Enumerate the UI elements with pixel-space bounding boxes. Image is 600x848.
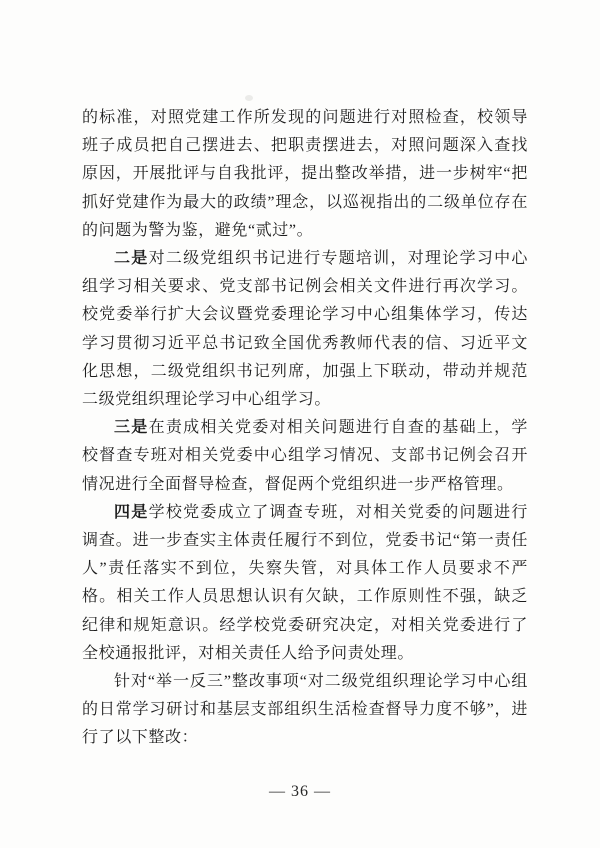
paragraph-lead: 三是 — [114, 419, 149, 436]
paragraph-continuation: 的标准，对照党建工作所发现的问题进行对照检查，校领导班子成员把自己摆进去、把职责… — [82, 104, 528, 245]
paragraph-lead: 四是 — [114, 504, 149, 521]
page-number: — 36 — — [0, 783, 600, 801]
paragraph-lead: 二是 — [114, 250, 149, 267]
paragraph-text: 对二级党组织书记进行专题培训，对理论学习中心组学习相关要求、党支部书记例会相关文… — [82, 250, 528, 408]
paragraph-closing: 针对“举一反三”整改事项“对二级党组织理论学习中心组的日常学习研讨和基层支部组织… — [82, 668, 528, 753]
scan-smudge — [245, 95, 253, 101]
paragraph-text: 在责成相关党委对相关问题进行自查的基础上，学校督查专班对相关党委中心组学习情况、… — [82, 419, 528, 492]
paragraph-item-3: 三是在责成相关党委对相关问题进行自查的基础上，学校督查专班对相关党委中心组学习情… — [82, 414, 528, 499]
paragraph-item-2: 二是对二级党组织书记进行专题培训，对理论学习中心组学习相关要求、党支部书记例会相… — [82, 245, 528, 414]
paragraph-text: 的标准，对照党建工作所发现的问题进行对照检查，校领导班子成员把自己摆进去、把职责… — [82, 109, 528, 239]
paragraph-text: 针对“举一反三”整改事项“对二级党组织理论学习中心组的日常学习研讨和基层支部组织… — [82, 673, 528, 746]
page-body: 的标准，对照党建工作所发现的问题进行对照检查，校领导班子成员把自己摆进去、把职责… — [82, 104, 528, 753]
paragraph-text: 学校党委成立了调查专班，对相关党委的问题进行调查。进一步查实主体责任履行不到位，… — [82, 504, 528, 662]
paragraph-item-4: 四是学校党委成立了调查专班，对相关党委的问题进行调查。进一步查实主体责任履行不到… — [82, 499, 528, 668]
document-page: 的标准，对照党建工作所发现的问题进行对照检查，校领导班子成员把自己摆进去、把职责… — [0, 0, 600, 848]
